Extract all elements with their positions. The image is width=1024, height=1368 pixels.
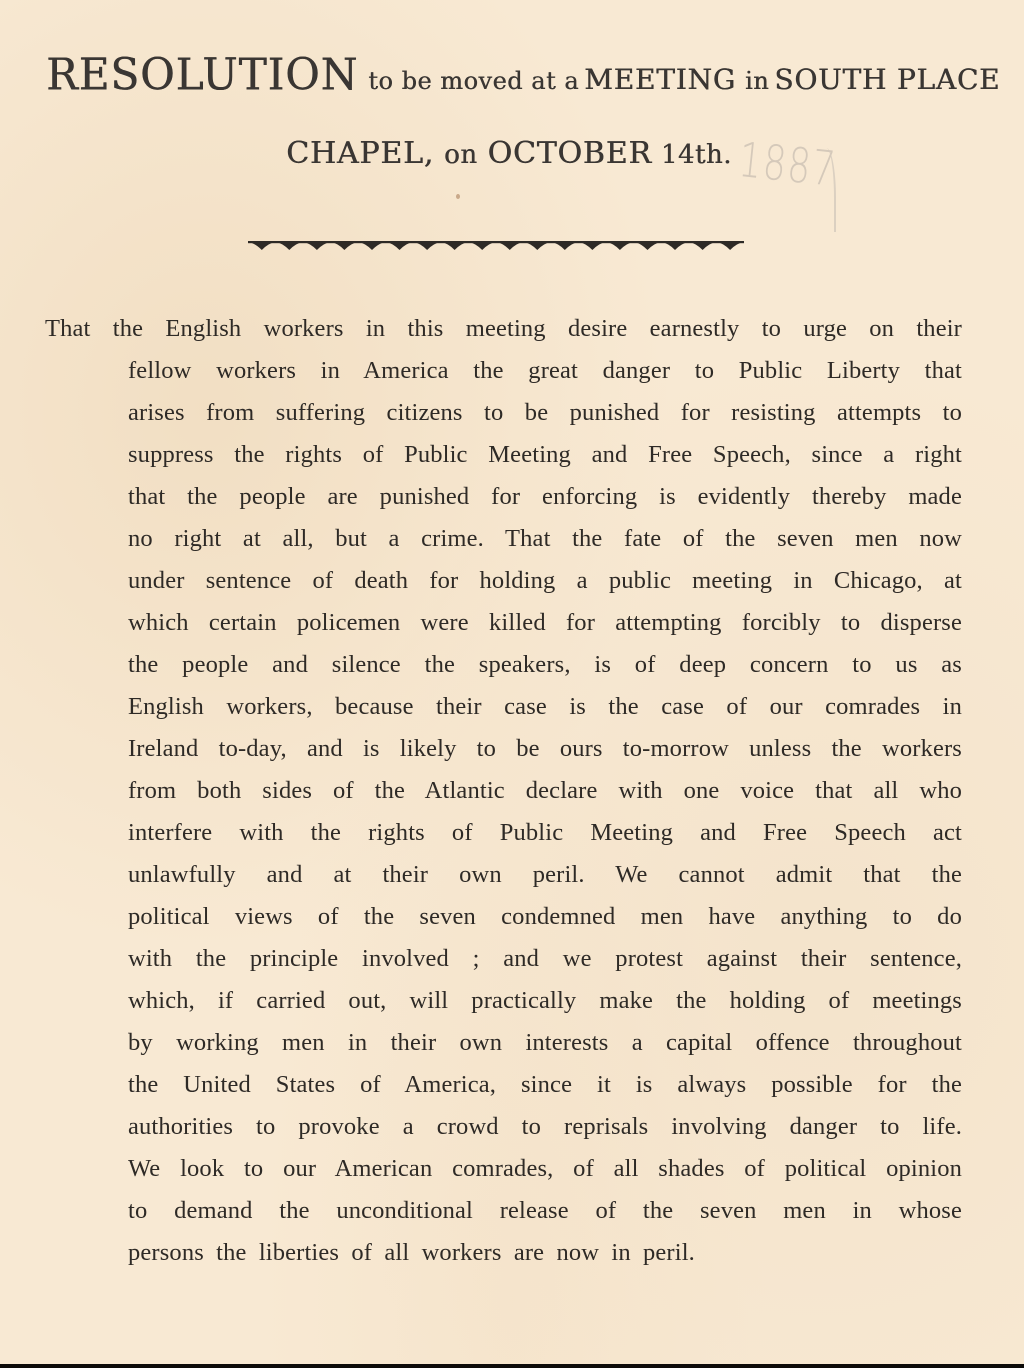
scalloped-rule-icon — [248, 240, 744, 252]
title-to-be-moved: to be moved at a — [368, 67, 579, 95]
body-line-9: the people and silence the speakers, is … — [128, 650, 962, 680]
title-meeting: MEETING — [584, 63, 736, 96]
body-line-21: We look to our American comrades, of all… — [128, 1154, 962, 1184]
body-line-11: Ireland to-day, and is likely to be ours… — [128, 734, 962, 764]
heading-line-1: RESOLUTIONto be moved at a MEETING in SO… — [46, 50, 1024, 99]
ornamental-divider — [248, 240, 744, 252]
body-line-18: by working men in their own interests a … — [128, 1028, 962, 1058]
body-line-14: unlawfully and at their own peril. We ca… — [128, 860, 962, 890]
title-in: in — [745, 67, 769, 95]
body-line-13: interfere with the rights of Public Meet… — [128, 818, 962, 848]
body-line-10: English workers, because their case is t… — [128, 692, 962, 722]
body-line-12: from both sides of the Atlantic declare … — [128, 776, 962, 806]
body-line-8: which certain policemen were killed for … — [128, 608, 962, 638]
body-line-15: political views of the seven condemned m… — [128, 902, 962, 932]
title-on: on — [444, 140, 477, 170]
body-line-7: under sentence of death for holding a pu… — [128, 566, 962, 596]
title-october: OCTOBER — [487, 136, 651, 171]
body-line-19: the United States of America, since it i… — [128, 1070, 962, 1100]
body-line-2: fellow workers in America the great dang… — [128, 356, 962, 386]
body-line-17: which, if carried out, will practically … — [128, 986, 962, 1016]
body-line-3: arises from suffering citizens to be pun… — [128, 398, 962, 428]
body-line-5: that the people are punished for enforci… — [128, 482, 962, 512]
title-south-place: SOUTH PLACE — [774, 63, 1000, 96]
title-resolution: RESOLUTION — [46, 49, 358, 100]
body-line-16: with the principle involved ; and we pro… — [128, 944, 962, 974]
body-line-22: to demand the unconditional release of t… — [128, 1196, 962, 1226]
title-chapel: CHAPEL, — [286, 136, 434, 171]
scan-bottom-edge — [0, 1364, 1024, 1368]
document-page: RESOLUTIONto be moved at a MEETING in SO… — [0, 0, 1024, 1368]
body-line-4: suppress the rights of Public Meeting an… — [128, 440, 962, 470]
body-line-20: authorities to provoke a crowd to repris… — [128, 1112, 962, 1142]
title-date: 14th. — [661, 140, 732, 170]
body-line-23: persons the liberties of all workers are… — [128, 1238, 695, 1268]
body-line-1: That the English workers in this meeting… — [45, 314, 962, 344]
heading-line-2: CHAPEL,onOCTOBER 14th. — [0, 136, 1024, 171]
body-line-6: no right at all, but a crime. That the f… — [128, 524, 962, 554]
ink-speck — [456, 194, 460, 199]
